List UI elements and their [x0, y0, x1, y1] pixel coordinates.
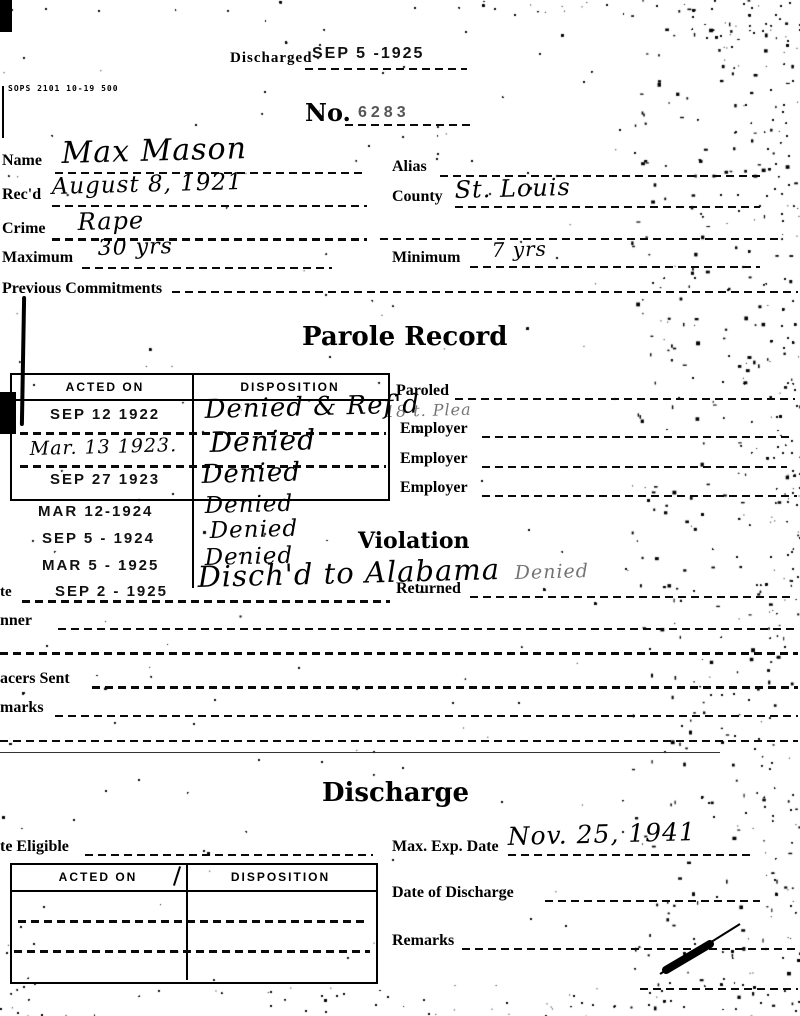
discharge-col-disposition: DISPOSITION	[198, 870, 363, 884]
employer-line-3	[482, 495, 797, 497]
parole-record-title: Parole Record	[302, 322, 507, 352]
scanned-parole-record: Discharged SEP 5 -1925 SOPS 2101 10-19 5…	[0, 0, 800, 1016]
number-value: 6283	[358, 104, 410, 122]
blank-line	[0, 652, 798, 655]
tracers-line	[92, 686, 798, 689]
alias-label: Alias	[392, 158, 427, 176]
employer-label-2: Employer	[400, 450, 468, 468]
name-label: Name	[2, 152, 42, 170]
recd-label: Rec'd	[2, 186, 41, 204]
recd-value: August 8, 1921	[51, 169, 243, 200]
parole-row-disposition: Denied	[204, 491, 293, 519]
paroled-note: 18 t. Plea	[385, 400, 472, 421]
date-eligible-label-cut: te Eligible	[0, 838, 69, 856]
parole-row-line	[20, 432, 386, 435]
name-value: Max Mason	[61, 131, 247, 171]
date-of-discharge-line	[545, 900, 760, 902]
blank-line	[380, 238, 780, 240]
parole-row-line	[22, 600, 390, 603]
pen-arrow-mark	[648, 912, 768, 982]
parole-row-disposition: Denied	[209, 516, 298, 544]
date-of-discharge-label: Date of Discharge	[392, 884, 514, 902]
parole-row-date: MAR 12-1924	[38, 503, 153, 520]
parole-row-disposition: Denied	[209, 423, 316, 459]
crime-value: Rape	[77, 206, 144, 236]
remarks-line	[55, 715, 798, 717]
manner-line	[58, 628, 798, 630]
max-exp-date-line	[508, 854, 753, 856]
ink-blot	[0, 0, 12, 32]
parole-row-date: SEP 27 1923	[50, 471, 160, 488]
violation-title: Violation	[358, 528, 470, 554]
employer-label-3: Employer	[400, 479, 468, 497]
minimum-label: Minimum	[392, 249, 460, 267]
county-label: County	[392, 188, 443, 206]
blank-line	[0, 740, 798, 742]
discharged-line	[305, 68, 467, 70]
parole-col-acted-on: ACTED ON	[30, 380, 180, 394]
parole-row-date: SEP 12 1922	[50, 406, 160, 423]
employer-line-1	[482, 436, 792, 438]
paroled-line	[455, 398, 795, 400]
scan-edge-line	[2, 86, 4, 138]
parole-row-date: MAR 5 - 1925	[42, 557, 159, 574]
remarks-label-cut: marks	[0, 699, 44, 717]
max-exp-date-value: Nov. 25, 1941	[507, 817, 696, 851]
parole-row-disposition-extra: Denied	[514, 560, 589, 584]
number-label: No.	[305, 98, 351, 127]
date-label-cut: te	[0, 584, 12, 601]
maximum-line	[82, 267, 332, 269]
returned-line	[470, 596, 795, 598]
rule-line	[0, 752, 720, 753]
blank-line	[640, 988, 798, 990]
county-line	[455, 206, 760, 208]
employer-line-2	[482, 466, 787, 468]
discharge-row-line	[14, 950, 370, 953]
discharge-row-line	[18, 920, 368, 923]
discharged-label: Discharged	[230, 50, 313, 67]
parole-table-divider	[192, 373, 194, 588]
discharged-date-stamp: SEP 5 -1925	[312, 45, 424, 63]
minimum-line	[470, 266, 760, 268]
parole-row-date: SEP 2 - 1925	[55, 583, 168, 600]
parole-row-disposition: Denied	[201, 457, 301, 490]
discharge-col-acted-on: ACTED ON	[28, 870, 168, 884]
max-exp-date-label: Max. Exp. Date	[392, 838, 499, 856]
parole-row-date: Mar. 13 1923.	[29, 434, 177, 460]
date-eligible-line	[85, 854, 373, 856]
parole-row-date: SEP 5 - 1924	[42, 530, 155, 547]
previous-commitments-label: Previous Commitments	[2, 280, 162, 298]
employer-label-1: Employer	[400, 420, 468, 438]
tracers-sent-label-cut: acers Sent	[0, 670, 70, 688]
returned-label: Returned	[396, 580, 461, 598]
maximum-value: 30 yrs	[97, 234, 173, 261]
paroled-label: Paroled	[396, 382, 449, 400]
maximum-label: Maximum	[2, 249, 73, 267]
crime-label: Crime	[2, 220, 46, 238]
discharge-table-header-line	[10, 890, 376, 892]
county-value: St. Louis	[454, 173, 571, 204]
manner-label-cut: nner	[0, 612, 32, 630]
minimum-value: 7 yrs	[491, 237, 547, 262]
number-line	[345, 124, 473, 126]
discharge-remarks-label: Remarks	[392, 932, 454, 950]
form-code: SOPS 2101 10-19 500	[8, 84, 119, 93]
previous-commitments-line	[172, 291, 798, 293]
discharge-title: Discharge	[322, 778, 469, 808]
